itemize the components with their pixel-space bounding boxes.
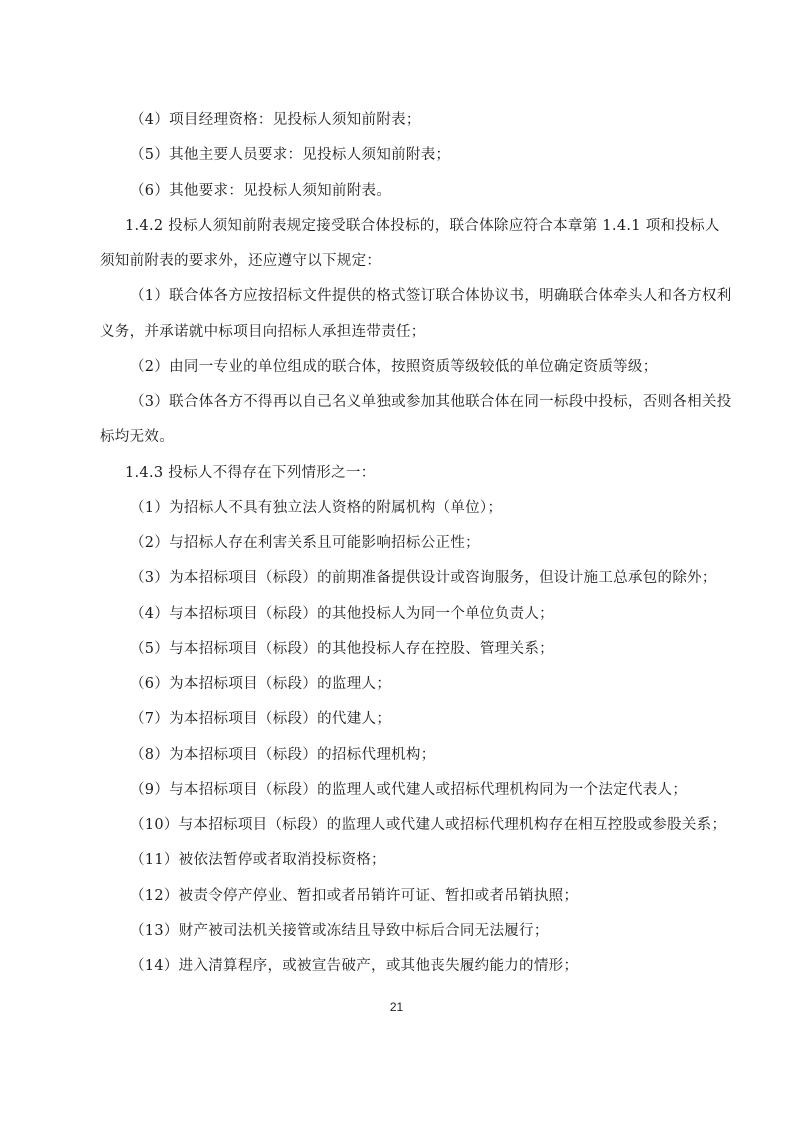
- item-6-other-requirements: （6）其他要求：见投标人须知前附表。: [130, 181, 391, 201]
- item-5-other-personnel: （5）其他主要人员要求：见投标人须知前附表；: [130, 145, 450, 165]
- exclusion-2: （2）与招标人存在利害关系且可能影响招标公正性；: [130, 533, 480, 553]
- exclusion-11: （11）被依法暂停或者取消投标资格；: [130, 850, 386, 870]
- exclusion-10: （10）与本招标项目（标段）的监理人或代建人或招标代理机构存在相互控股或参股关系…: [130, 815, 726, 835]
- exclusion-13: （13）财产被司法机关接管或冻结且导致中标后合同无法履行；: [130, 921, 549, 941]
- consortium-rule-3: （3）联合体各方不得再以自己名义单独或参加其他联合体在同一标段中投标，否则各相关…: [130, 392, 732, 412]
- section-1-4-3-heading: 1.4.3 投标人不得存在下列情形之一：: [125, 463, 376, 483]
- exclusion-7: （7）为本招标项目（标段）的代建人；: [130, 709, 391, 729]
- section-1-4-2-continuation: 须知前附表的要求外，还应遵守以下规定：: [100, 251, 381, 271]
- consortium-rule-3-continuation: 标均无效。: [100, 427, 174, 447]
- exclusion-8: （8）为本招标项目（标段）的招标代理机构；: [130, 745, 436, 765]
- consortium-rule-2: （2）由同一专业的单位组成的联合体，按照资质等级较低的单位确定资质等级；: [130, 357, 658, 377]
- item-4-pm-qualification: （4）项目经理资格：见投标人须知前附表；: [130, 110, 421, 130]
- exclusion-12: （12）被责令停产停业、暂扣或者吊销许可证、暂扣或者吊销执照；: [130, 886, 578, 906]
- document-page: （4）项目经理资格：见投标人须知前附表； （5）其他主要人员要求：见投标人须知前…: [0, 0, 793, 1122]
- consortium-rule-1-continuation: 义务，并承诺就中标项目向招标人承担连带责任；: [100, 322, 426, 342]
- section-1-4-2-heading: 1.4.2 投标人须知前附表规定接受联合体投标的，联合体除应符合本章第 1.4.…: [125, 216, 720, 236]
- consortium-rule-1: （1）联合体各方应按招标文件提供的格式签订联合体协议书，明确联合体牵头人和各方权…: [130, 286, 732, 306]
- exclusion-14: （14）进入清算程序，或被宣告破产，或其他丧失履约能力的情形；: [130, 956, 578, 976]
- exclusion-1: （1）为招标人不具有独立法人资格的附属机构（单位）；: [130, 498, 502, 518]
- page-number: 21: [0, 1000, 793, 1014]
- exclusion-4: （4）与本招标项目（标段）的其他投标人为同一个单位负责人；: [130, 604, 554, 624]
- exclusion-9: （9）与本招标项目（标段）的监理人或代建人或招标代理机构同为一个法定代表人；: [130, 780, 687, 800]
- exclusion-6: （6）为本招标项目（标段）的监理人；: [130, 674, 391, 694]
- exclusion-5: （5）与本招标项目（标段）的其他投标人存在控股、管理关系；: [130, 639, 554, 659]
- exclusion-3: （3）为本招标项目（标段）的前期准备提供设计或咨询服务，但设计施工总承包的除外；: [130, 568, 717, 588]
